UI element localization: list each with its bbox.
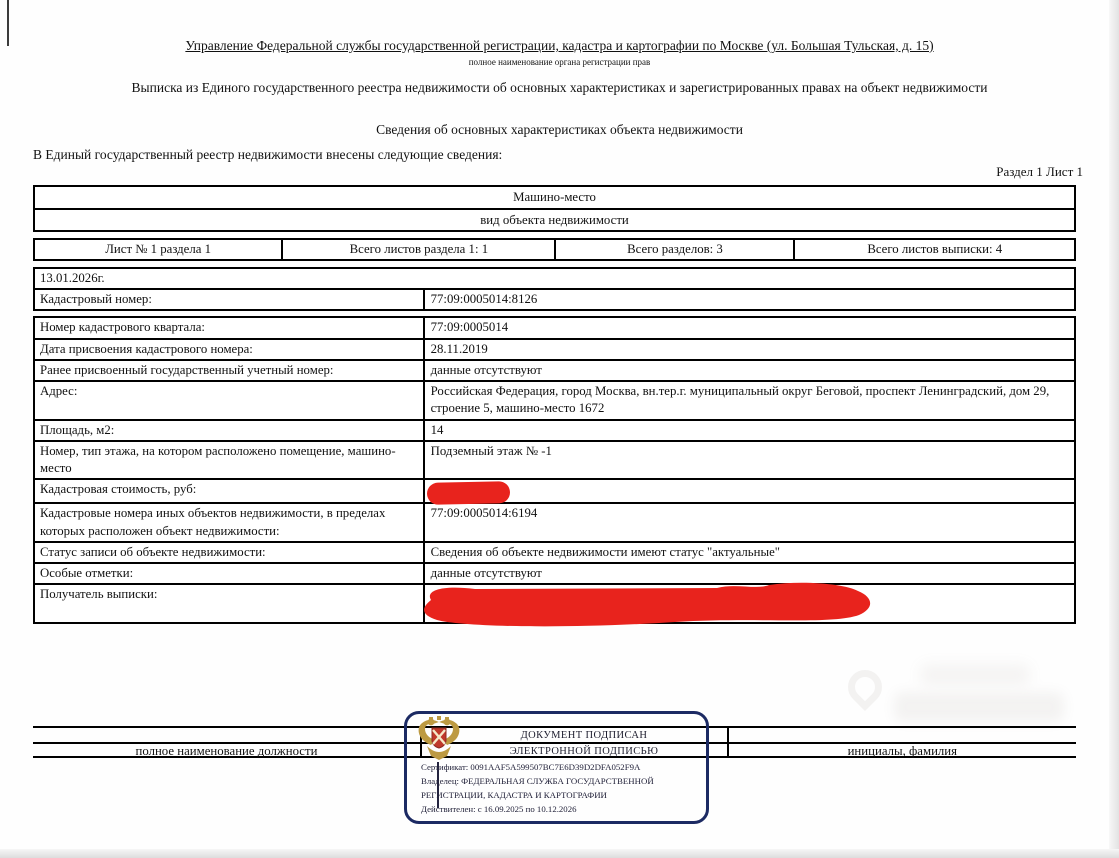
- date-cadastral-box: 13.01.2026г. Кадастровый номер: 77:09:00…: [33, 267, 1076, 312]
- certificate-owner-line1: Владелец: ФЕДЕРАЛЬНАЯ СЛУЖБА ГОСУДАРСТВЕ…: [421, 774, 701, 788]
- row-value: Подземный этаж № -1: [425, 442, 1074, 479]
- table-row: Номер кадастрового квартала: 77:09:00050…: [35, 318, 1074, 337]
- main-tables: Машино-место вид объекта недвижимости Ли…: [33, 185, 1076, 624]
- table-row: Особые отметки: данные отсутствуют: [35, 562, 1074, 583]
- row-value: 28.11.2019: [425, 340, 1074, 359]
- sheet-info-row: Лист № 1 раздела 1 Всего листов раздела …: [33, 238, 1076, 261]
- row-value: 77:09:0005014: [425, 318, 1074, 337]
- row-label: Адрес:: [35, 382, 425, 419]
- authority-name-text: Управление Федеральной службы государств…: [185, 38, 933, 53]
- table-row: Площадь, м2: 14: [35, 419, 1074, 440]
- certificate-number: Сертификат: 0091AAF5A599507BC7E6D39D2DFA…: [421, 760, 701, 774]
- stamp-title-line2: ЭЛЕКТРОННОЙ ПОДПИСЬЮ: [469, 746, 699, 757]
- authority-caption: полное наименование органа регистрации п…: [0, 57, 1119, 67]
- watermark-text-blur: [894, 692, 1064, 722]
- row-value-redacted: [425, 480, 1074, 502]
- intro-text: В Единый государственный реестр недвижим…: [33, 147, 502, 163]
- table-row: Ранее присвоенный государственный учетны…: [35, 359, 1074, 380]
- table-row: Номер, тип этажа, на котором расположено…: [35, 440, 1074, 479]
- table-row: Кадастровый номер: 77:09:0005014:8126: [35, 288, 1074, 309]
- position-caption: полное наименование должности: [33, 742, 420, 758]
- electronic-signature-stamp: ДОКУМЕНТ ПОДПИСАН ЭЛЕКТРОННОЙ ПОДПИСЬЮ С…: [404, 711, 709, 824]
- scan-edge-bottom: [0, 849, 1119, 858]
- object-type-box: Машино-место вид объекта недвижимости: [33, 185, 1076, 232]
- row-label: Особые отметки:: [35, 564, 425, 583]
- row-value: Сведения об объекте недвижимости имеют с…: [425, 543, 1074, 562]
- row-value: данные отсутствуют: [425, 564, 1074, 583]
- coat-of-arms-icon: [417, 716, 461, 766]
- table-row: Получатель выписки:: [35, 583, 1074, 622]
- stamp-certificate-block: Сертификат: 0091AAF5A599507BC7E6D39D2DFA…: [421, 760, 701, 816]
- map-pin-icon: [841, 663, 889, 711]
- row-label: Статус записи об объекте недвижимости:: [35, 543, 425, 562]
- row-label: Кадастровые номера иных объектов недвижи…: [35, 504, 425, 541]
- object-type-value: Машино-место: [35, 187, 1074, 208]
- sheet-info-cell: Всего листов раздела 1: 1: [281, 240, 554, 259]
- redaction-mark: [417, 582, 877, 630]
- watermark-text-blur: [920, 664, 1030, 686]
- sheet-info-cell: Всего разделов: 3: [554, 240, 793, 259]
- row-value: данные отсутствуют: [425, 361, 1074, 380]
- document-page: Управление Федеральной службы государств…: [0, 0, 1119, 858]
- section-title: Сведения об основных характеристиках объ…: [0, 122, 1119, 138]
- sheet-info-cell: Лист № 1 раздела 1: [35, 240, 281, 259]
- row-label: Кадастровый номер:: [35, 290, 425, 309]
- signature-cell: [33, 726, 420, 742]
- row-value: 14: [425, 421, 1074, 440]
- table-row: Адрес: Российская Федерация, город Москв…: [35, 380, 1074, 419]
- extract-date: 13.01.2026г.: [35, 269, 1074, 288]
- row-label: Площадь, м2:: [35, 421, 425, 440]
- authority-name: Управление Федеральной службы государств…: [0, 38, 1119, 54]
- row-label: Ранее присвоенный государственный учетны…: [35, 361, 425, 380]
- details-box: Номер кадастрового квартала: 77:09:00050…: [33, 316, 1076, 624]
- row-label: Дата присвоения кадастрового номера:: [35, 340, 425, 359]
- signature-cell: [729, 726, 1076, 742]
- name-caption: инициалы, фамилия: [729, 742, 1076, 758]
- row-label: Номер кадастрового квартала:: [35, 318, 425, 337]
- stamp-title-line1: ДОКУМЕНТ ПОДПИСАН: [469, 730, 699, 741]
- row-value: 77:09:0005014:6194: [425, 504, 1074, 541]
- object-type-caption: вид объекта недвижимости: [35, 208, 1074, 231]
- certificate-owner-line2: РЕГИСТРАЦИИ, КАДАСТРА И КАРТОГРАФИИ: [421, 788, 701, 802]
- document-title: Выписка из Единого государственного реес…: [0, 80, 1119, 96]
- certificate-validity: Действителен: с 16.09.2025 по 10.12.2026: [421, 802, 701, 816]
- redaction-mark: [426, 482, 509, 506]
- sheet-reference: Раздел 1 Лист 1: [996, 164, 1083, 180]
- row-label: Получатель выписки:: [35, 585, 425, 622]
- table-row: Кадастровая стоимость, руб:: [35, 478, 1074, 502]
- sheet-info-cell: Всего листов выписки: 4: [793, 240, 1074, 259]
- row-label: Кадастровая стоимость, руб:: [35, 480, 425, 502]
- row-value-redacted: [425, 585, 1074, 622]
- row-label: Номер, тип этажа, на котором расположено…: [35, 442, 425, 479]
- table-row: Дата присвоения кадастрового номера: 28.…: [35, 338, 1074, 359]
- table-row: Кадастровые номера иных объектов недвижи…: [35, 502, 1074, 541]
- table-row: Статус записи об объекте недвижимости: С…: [35, 541, 1074, 562]
- row-value: 77:09:0005014:8126: [425, 290, 1074, 309]
- row-value: Российская Федерация, город Москва, вн.т…: [425, 382, 1074, 419]
